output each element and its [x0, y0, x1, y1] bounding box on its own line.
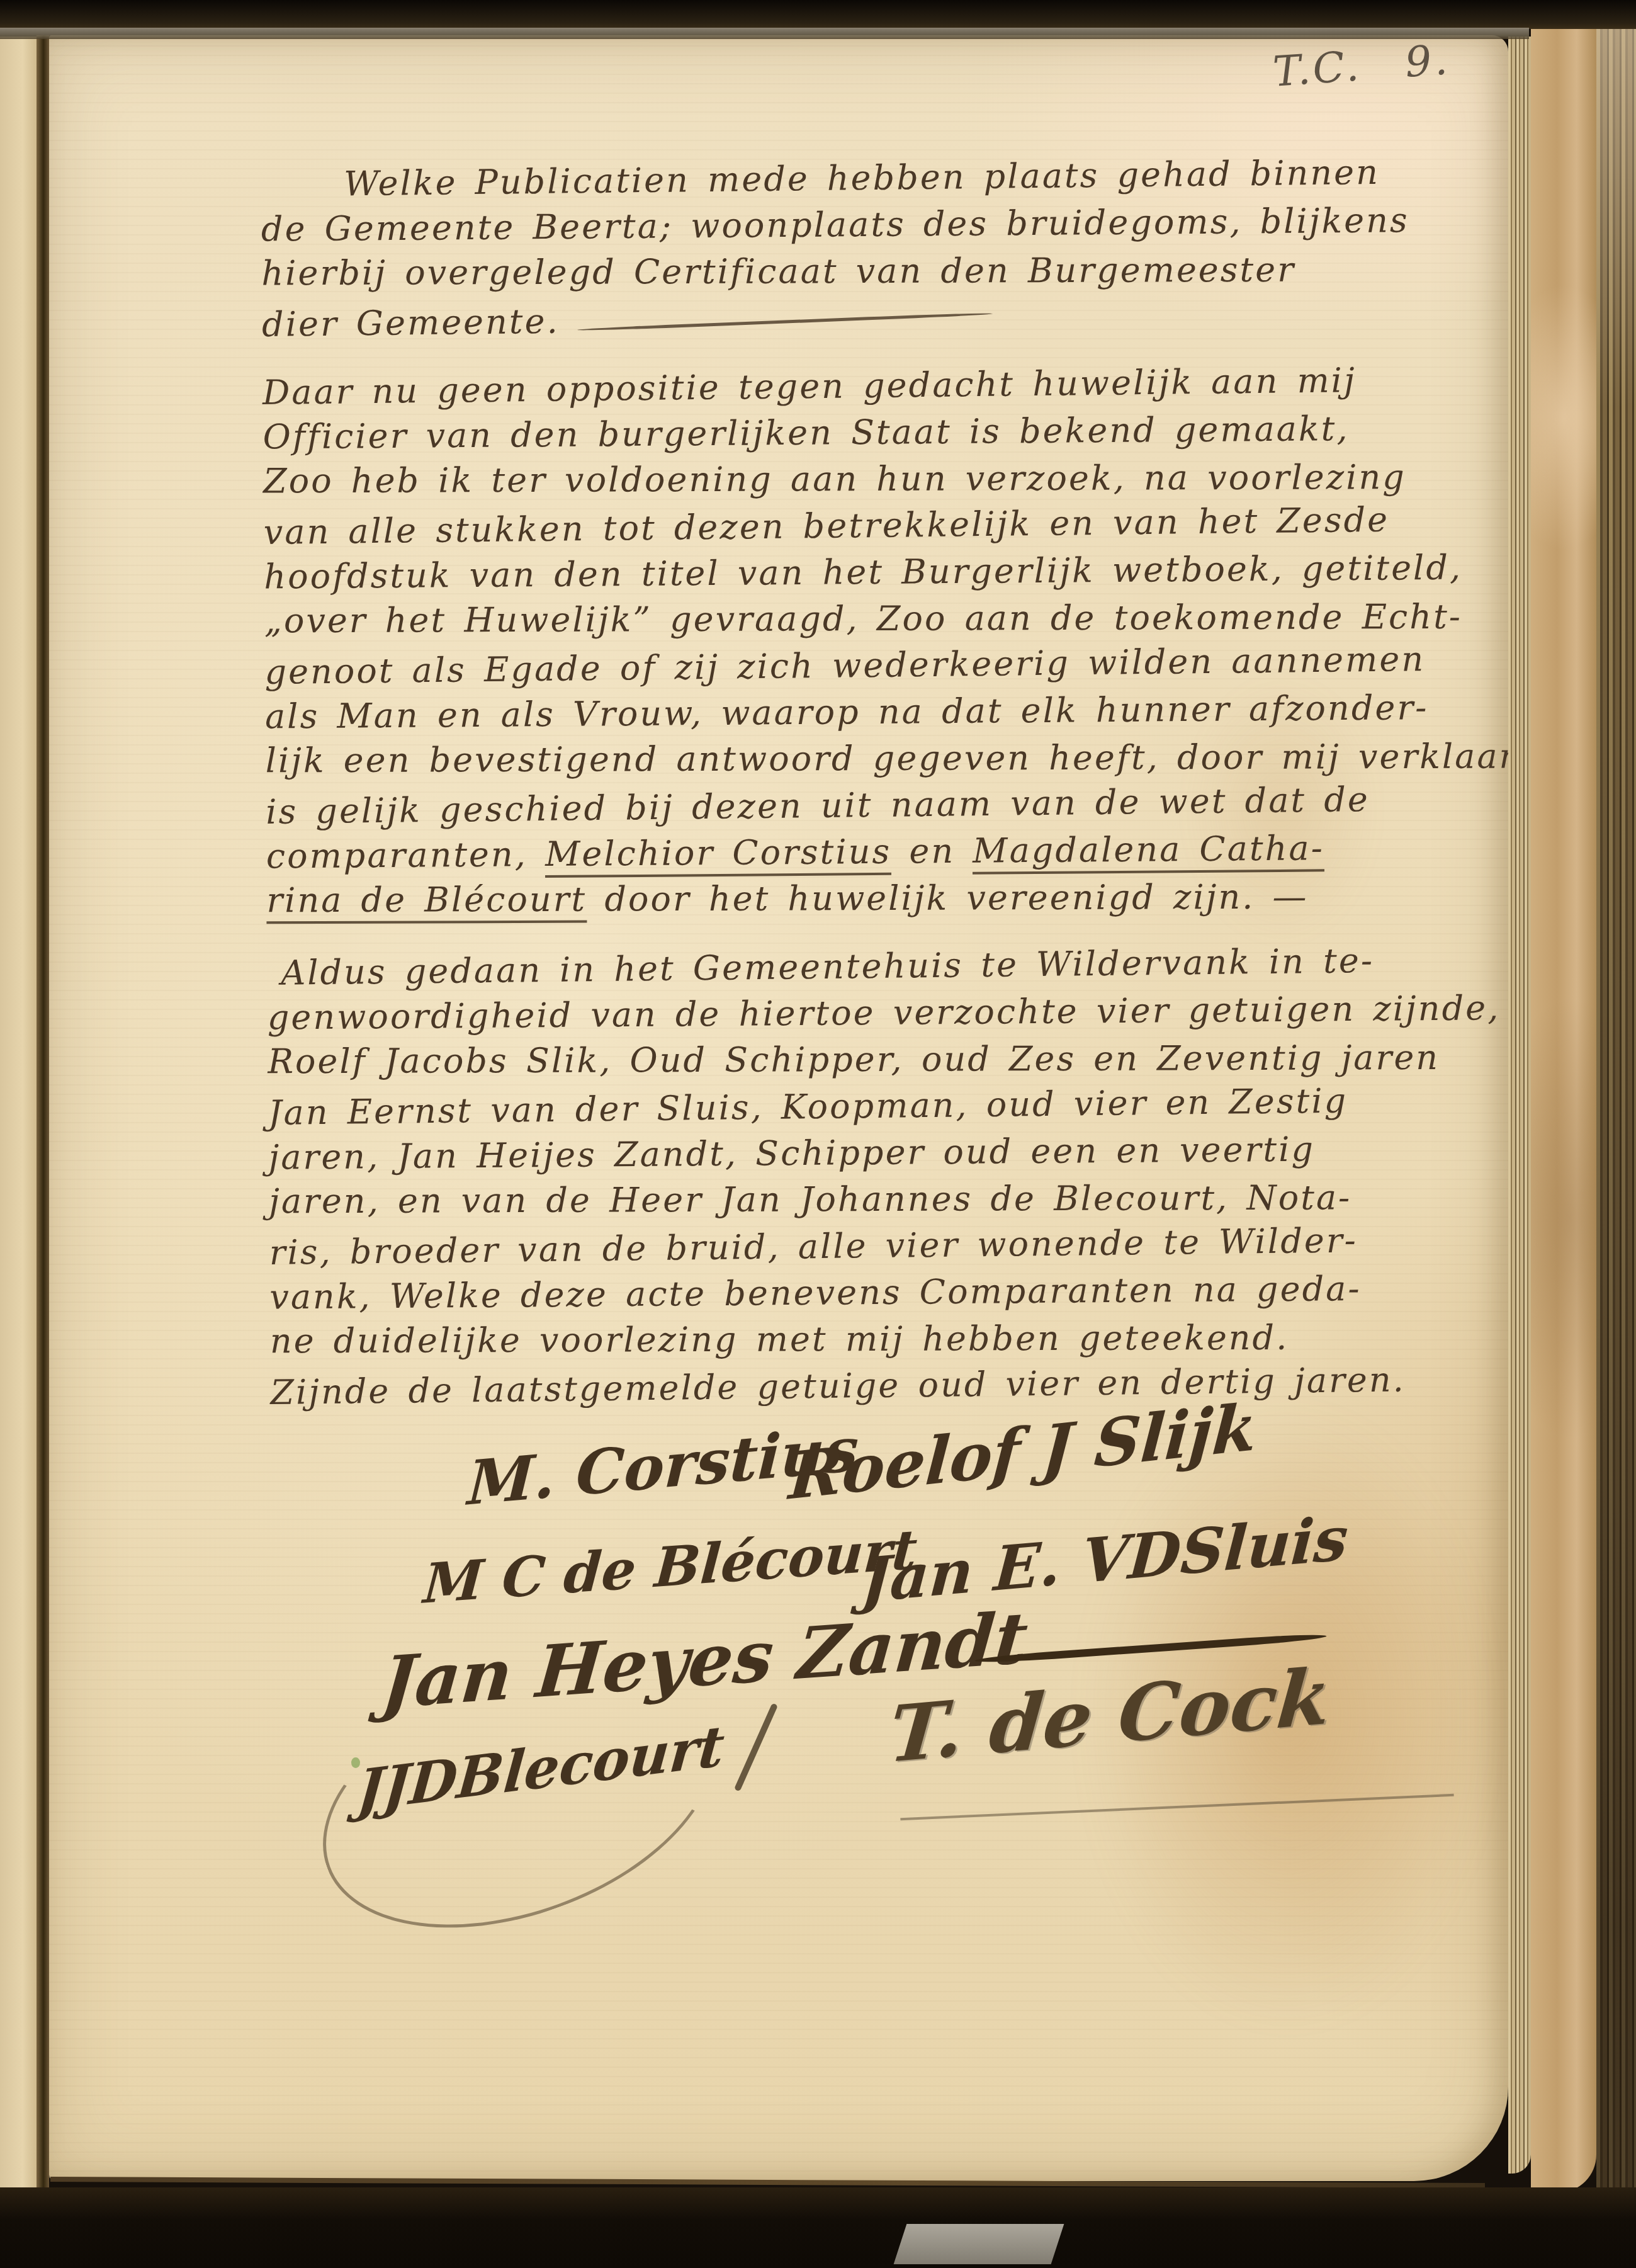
page-gutter-shadow	[37, 35, 49, 2194]
act-text: Welke Publicatien mede hebben plaats geh…	[261, 150, 1486, 1435]
page-stack-leaf-edges	[1508, 37, 1531, 2174]
text-segment: dier Gemeente.	[262, 302, 560, 344]
text-line-names: rina de Blécourt door het huwelijk veree…	[266, 873, 1481, 924]
text-line: „over het Huwelijk” gevraagd, Zoo aan de…	[264, 594, 1479, 645]
page-number: 9.	[1404, 35, 1452, 87]
register-scan: T.C.9. Welke Publicatien mede hebben pla…	[0, 0, 1636, 2268]
text-line: lijk een bevestigend antwoord gegeven he…	[265, 734, 1480, 785]
bride-name-underlined: rina de Blécourt	[266, 880, 587, 924]
text-line: dier Gemeente.	[262, 288, 1477, 348]
flourish-rule	[577, 312, 993, 331]
binding-top-strip	[0, 28, 1529, 39]
folio-mark: T.C.	[1272, 42, 1363, 96]
paragraph-witnesses: Aldus gedaan in het Gemeentehuis te Wild…	[267, 938, 1486, 1414]
text-line: hierbij overgelegd Certificaat van den B…	[261, 246, 1476, 297]
bride-name-underlined: Magdalena Catha-	[973, 828, 1324, 874]
paragraph-marriage-declaration: Daar nu geen oppositie tegen gedacht huw…	[262, 358, 1482, 926]
binding-bottom-band	[0, 2187, 1636, 2268]
text-line: Zoo heb ik ter voldoening aan hun verzoe…	[263, 454, 1478, 505]
binding-top-band	[0, 0, 1636, 29]
scanner-clamp	[894, 2224, 1064, 2264]
page-stack-wrinkled-edge	[1531, 28, 1596, 2192]
previous-page-edge	[0, 37, 38, 2192]
groom-name-underlined: Melchior Corstius	[545, 832, 892, 878]
text-line: Zijnde de laatstgemelde getuige oud vier…	[270, 1356, 1486, 1416]
text-segment: en	[891, 831, 973, 871]
text-line: ne duidelijke voorlezing met mij hebben …	[270, 1314, 1485, 1365]
text-line: jaren, en van de Heer Jan Johannes de Bl…	[269, 1174, 1484, 1225]
paragraph-publications: Welke Publicatien mede hebben plaats geh…	[261, 150, 1477, 346]
text-segment: comparanten,	[266, 834, 546, 876]
text-line: Roelf Jacobs Slik, Oud Schipper, oud Zes…	[268, 1035, 1482, 1086]
text-segment: door het huwelijk vereenigd zijn. —	[587, 877, 1309, 919]
page-stack-outer-edges	[1596, 0, 1636, 2268]
